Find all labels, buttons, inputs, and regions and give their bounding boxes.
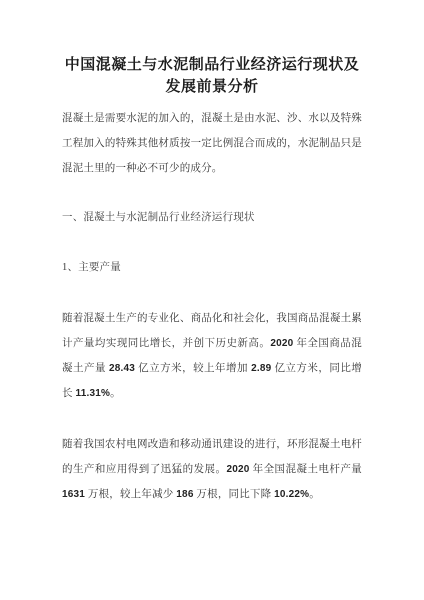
bold-number: 186 xyxy=(176,489,193,500)
bold-number: 1631 xyxy=(62,489,85,500)
text-run: 亿立方米，较上年增加 xyxy=(135,363,251,374)
bold-number: 11.31% xyxy=(76,388,111,399)
subsection-heading: 1、主要产量 xyxy=(62,255,362,280)
document-body: 混凝土是需要水泥的加入的，混凝土是由水泥、沙、水以及特殊工程加入的特殊其他材质按… xyxy=(62,106,362,507)
paragraph: 随着混凝土生产的专业化、商品化和社会化，我国商品混凝土累计产量均实现同比增长，并… xyxy=(62,306,362,406)
bold-number: 2020 xyxy=(270,338,293,349)
document-page: 中国混凝土与水泥制品行业经济运行现状及发展前景分析 混凝土是需要水泥的加入的，混… xyxy=(0,0,424,600)
bold-number: 2020 xyxy=(226,464,249,475)
text-run: 混凝土是需要水泥的加入的，混凝土是由水泥、沙、水以及特殊工程加入的特殊其他材质按… xyxy=(62,113,362,174)
section-heading: 一、混凝土与水泥制品行业经济运行现状 xyxy=(62,205,362,230)
text-run: 。 xyxy=(309,489,320,500)
document-title: 中国混凝土与水泥制品行业经济运行现状及发展前景分析 xyxy=(62,54,362,98)
paragraph: 混凝土是需要水泥的加入的，混凝土是由水泥、沙、水以及特殊工程加入的特殊其他材质按… xyxy=(62,106,362,181)
text-run: 万根，同比下降 xyxy=(194,489,275,500)
text-run: 1、主要产量 xyxy=(62,262,121,273)
bold-number: 28.43 xyxy=(109,363,135,374)
bold-number: 10.22% xyxy=(274,489,309,500)
text-run: 。 xyxy=(110,388,121,399)
text-run: 万根，较上年减少 xyxy=(85,489,176,500)
paragraph: 随着我国农村电网改造和移动通讯建设的进行，环形混凝土电杆的生产和应用得到了迅猛的… xyxy=(62,432,362,507)
bold-number: 2.89 xyxy=(251,363,271,374)
text-run: 一、混凝土与水泥制品行业经济运行现状 xyxy=(62,212,255,223)
text-run: 年全国混凝土电杆产量 xyxy=(250,464,362,475)
